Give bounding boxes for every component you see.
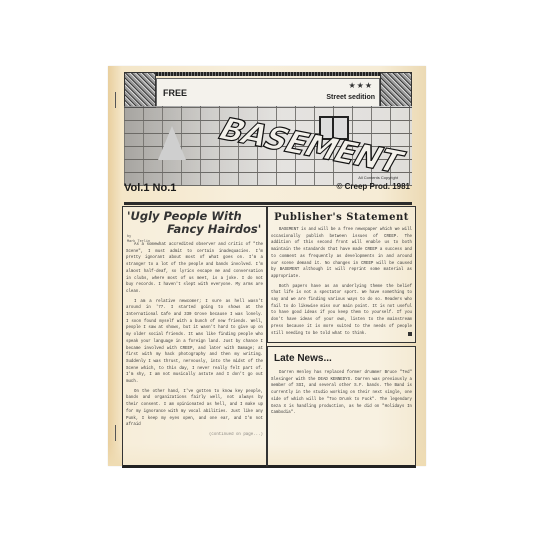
- paragraph: Darren Henley has replaced former drumme…: [271, 370, 412, 417]
- triangle-shape-icon: [158, 126, 186, 160]
- paragraph: BASEMENT is and will be a free newspaper…: [271, 227, 412, 281]
- staple-mark: [115, 425, 116, 441]
- article-headline: 'Ugly People With Fancy Hairdos': [123, 207, 266, 236]
- paragraph: As a somewhat accredited observer and cr…: [126, 242, 263, 296]
- stars-icon: ★★★: [348, 81, 373, 90]
- masthead: FREE ★★★ Street sedition BASEMENT All Co…: [124, 72, 412, 200]
- article-ugly-people: 'Ugly People With Fancy Hairdos' by Mark…: [122, 206, 267, 468]
- price-banner: FREE ★★★ Street sedition: [156, 78, 380, 107]
- paragraph: I am a relative newcomer; I sure as hell…: [126, 299, 263, 386]
- free-label: FREE: [163, 88, 187, 98]
- staple-mark: [115, 92, 116, 108]
- statement-headline: Publisher's Statement: [268, 207, 415, 227]
- edition-label: Street sedition: [326, 94, 375, 101]
- paragraph-text: Both papers have as an underlying theme …: [271, 285, 412, 336]
- end-mark-icon: [408, 332, 412, 336]
- publishers-statement: Publisher's Statement BASEMENT is and wi…: [267, 206, 416, 343]
- statement-body: BASEMENT is and will be a free newspaper…: [268, 227, 415, 337]
- copyright-notice: All Contents Copyright: [358, 175, 398, 180]
- article-body: As a somewhat accredited observer and cr…: [123, 242, 266, 439]
- paragraph: On the other hand, I've gotten to know k…: [126, 389, 263, 429]
- continued-note: (continued on page...): [126, 432, 263, 439]
- gargoyle-ornament-icon: [124, 72, 156, 108]
- gargoyle-ornament-icon: [380, 72, 412, 108]
- late-news-headline: Late News...: [268, 347, 415, 370]
- masthead-divider: [124, 202, 412, 205]
- byline-author: Mark Terlin: [127, 240, 150, 245]
- paragraph: Both papers have as an underlying theme …: [271, 284, 412, 338]
- late-news: Late News... Darren Henley has replaced …: [267, 346, 416, 468]
- publisher-credit: © Creep Prod. 1981: [337, 182, 410, 191]
- volume-number: Vol.1 No.1: [124, 182, 176, 194]
- masthead-top-border: [156, 72, 380, 76]
- byline: by Mark Terlin: [127, 235, 150, 245]
- late-news-body: Darren Henley has replaced former drumme…: [268, 370, 415, 417]
